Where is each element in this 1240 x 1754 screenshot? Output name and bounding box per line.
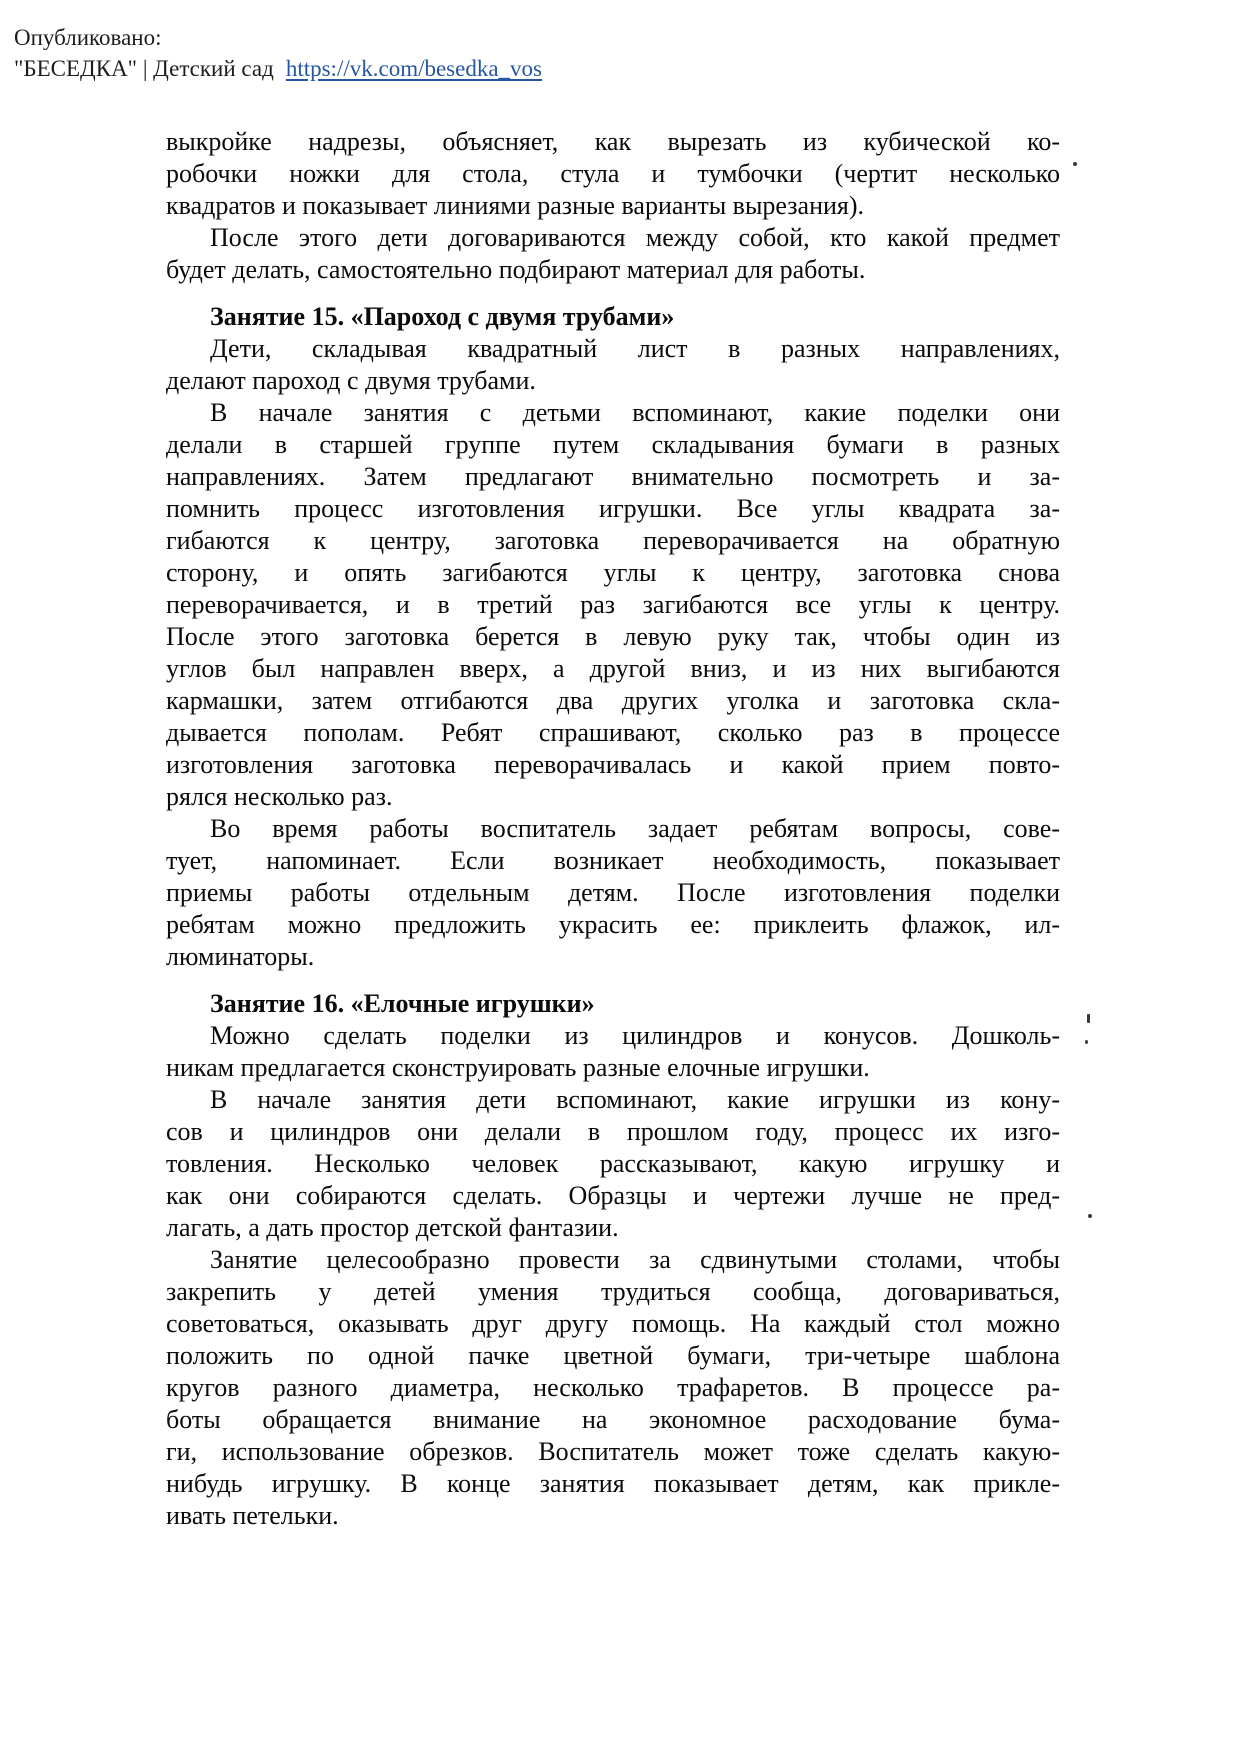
text-line: будет делать, самостоятельно подбирают м… <box>166 254 1060 286</box>
source-name: "БЕСЕДКА" | Детский сад <box>14 53 274 84</box>
text-line: рялся несколько раз. <box>166 781 1060 813</box>
text-line: нибудь игрушку. В конце занятия показыва… <box>166 1468 1060 1500</box>
vk-link[interactable]: https://vk.com/besedka_vos <box>286 53 542 84</box>
text-line: квадратов и показывает линиями разные ва… <box>166 190 1060 222</box>
text-line: После этого дети договариваются между со… <box>166 222 1060 254</box>
text-line: выкройке надрезы, объясняет, как вырезат… <box>166 126 1060 158</box>
text-line: ги, использование обрезков. Воспитатель … <box>166 1436 1060 1468</box>
text-line: советоваться, оказывать друг другу помощ… <box>166 1308 1060 1340</box>
text-line: изготовления заготовка переворачивалась … <box>166 749 1060 781</box>
scanned-page: Опубликовано: "БЕСЕДКА" | Детский сад ht… <box>0 0 1240 1754</box>
text-line: положить по одной пачке цветной бумаги, … <box>166 1340 1060 1372</box>
text-line: кругов разного диаметра, несколько трафа… <box>166 1372 1060 1404</box>
text-line: закрепить у детей умения трудиться сообщ… <box>166 1276 1060 1308</box>
text-line: как они собираются сделать. Образцы и че… <box>166 1180 1060 1212</box>
scan-artifact <box>1087 1014 1090 1023</box>
text-line: никам предлагается сконструировать разны… <box>166 1052 1060 1084</box>
text-line: В начале занятия дети вспоминают, какие … <box>166 1084 1060 1116</box>
text-line: дывается пополам. Ребят спрашивают, скол… <box>166 717 1060 749</box>
text-line: делают пароход с двумя трубами. <box>166 365 1060 397</box>
scan-artifact <box>1085 1040 1088 1044</box>
text-line: кармашки, затем отгибаются два других уг… <box>166 685 1060 717</box>
text-line: боты обращается внимание на экономное ра… <box>166 1404 1060 1436</box>
text-line: лагать, а дать простор детской фантазии. <box>166 1212 1060 1244</box>
scan-artifact <box>1088 1214 1092 1218</box>
scan-artifact <box>1073 162 1077 166</box>
text-line: тует, напоминает. Если возникает необход… <box>166 845 1060 877</box>
source-line: "БЕСЕДКА" | Детский сад https://vk.com/b… <box>14 53 542 84</box>
publication-header: Опубликовано: "БЕСЕДКА" | Детский сад ht… <box>14 22 542 84</box>
text-line: В начале занятия с детьми вспоминают, ка… <box>166 397 1060 429</box>
text-line: приемы работы отдельным детям. После изг… <box>166 877 1060 909</box>
text-line: сов и цилиндров они делали в прошлом год… <box>166 1116 1060 1148</box>
section-heading: Занятие 16. «Елочные игрушки» <box>166 988 1060 1020</box>
text-line: переворачивается, и в третий раз загибаю… <box>166 589 1060 621</box>
text-line: ивать петельки. <box>166 1500 1060 1532</box>
document-body: выкройке надрезы, объясняет, как вырезат… <box>166 126 1060 1532</box>
text-line: люминаторы. <box>166 941 1060 973</box>
text-line: ребятам можно предложить украсить ее: пр… <box>166 909 1060 941</box>
text-line: Во время работы воспитатель задает ребят… <box>166 813 1060 845</box>
text-line: После этого заготовка берется в левую ру… <box>166 621 1060 653</box>
text-line: робочки ножки для стола, стула и тумбочк… <box>166 158 1060 190</box>
text-line: Можно сделать поделки из цилиндров и кон… <box>166 1020 1060 1052</box>
text-line: товления. Несколько человек рассказывают… <box>166 1148 1060 1180</box>
text-line: Занятие целесообразно провести за сдвину… <box>166 1244 1060 1276</box>
text-line: помнить процесс изготовления игрушки. Вс… <box>166 493 1060 525</box>
text-line: делали в старшей группе путем складывани… <box>166 429 1060 461</box>
text-line: углов был направлен вверх, а другой вниз… <box>166 653 1060 685</box>
section-heading: Занятие 15. «Пароход с двумя трубами» <box>166 301 1060 333</box>
text-line: сторону, и опять загибаются углы к центр… <box>166 557 1060 589</box>
text-line: гибаются к центру, заготовка переворачив… <box>166 525 1060 557</box>
text-line: Дети, складывая квадратный лист в разных… <box>166 333 1060 365</box>
text-line: направлениях. Затем предлагают вниматель… <box>166 461 1060 493</box>
published-label: Опубликовано: <box>14 22 542 53</box>
